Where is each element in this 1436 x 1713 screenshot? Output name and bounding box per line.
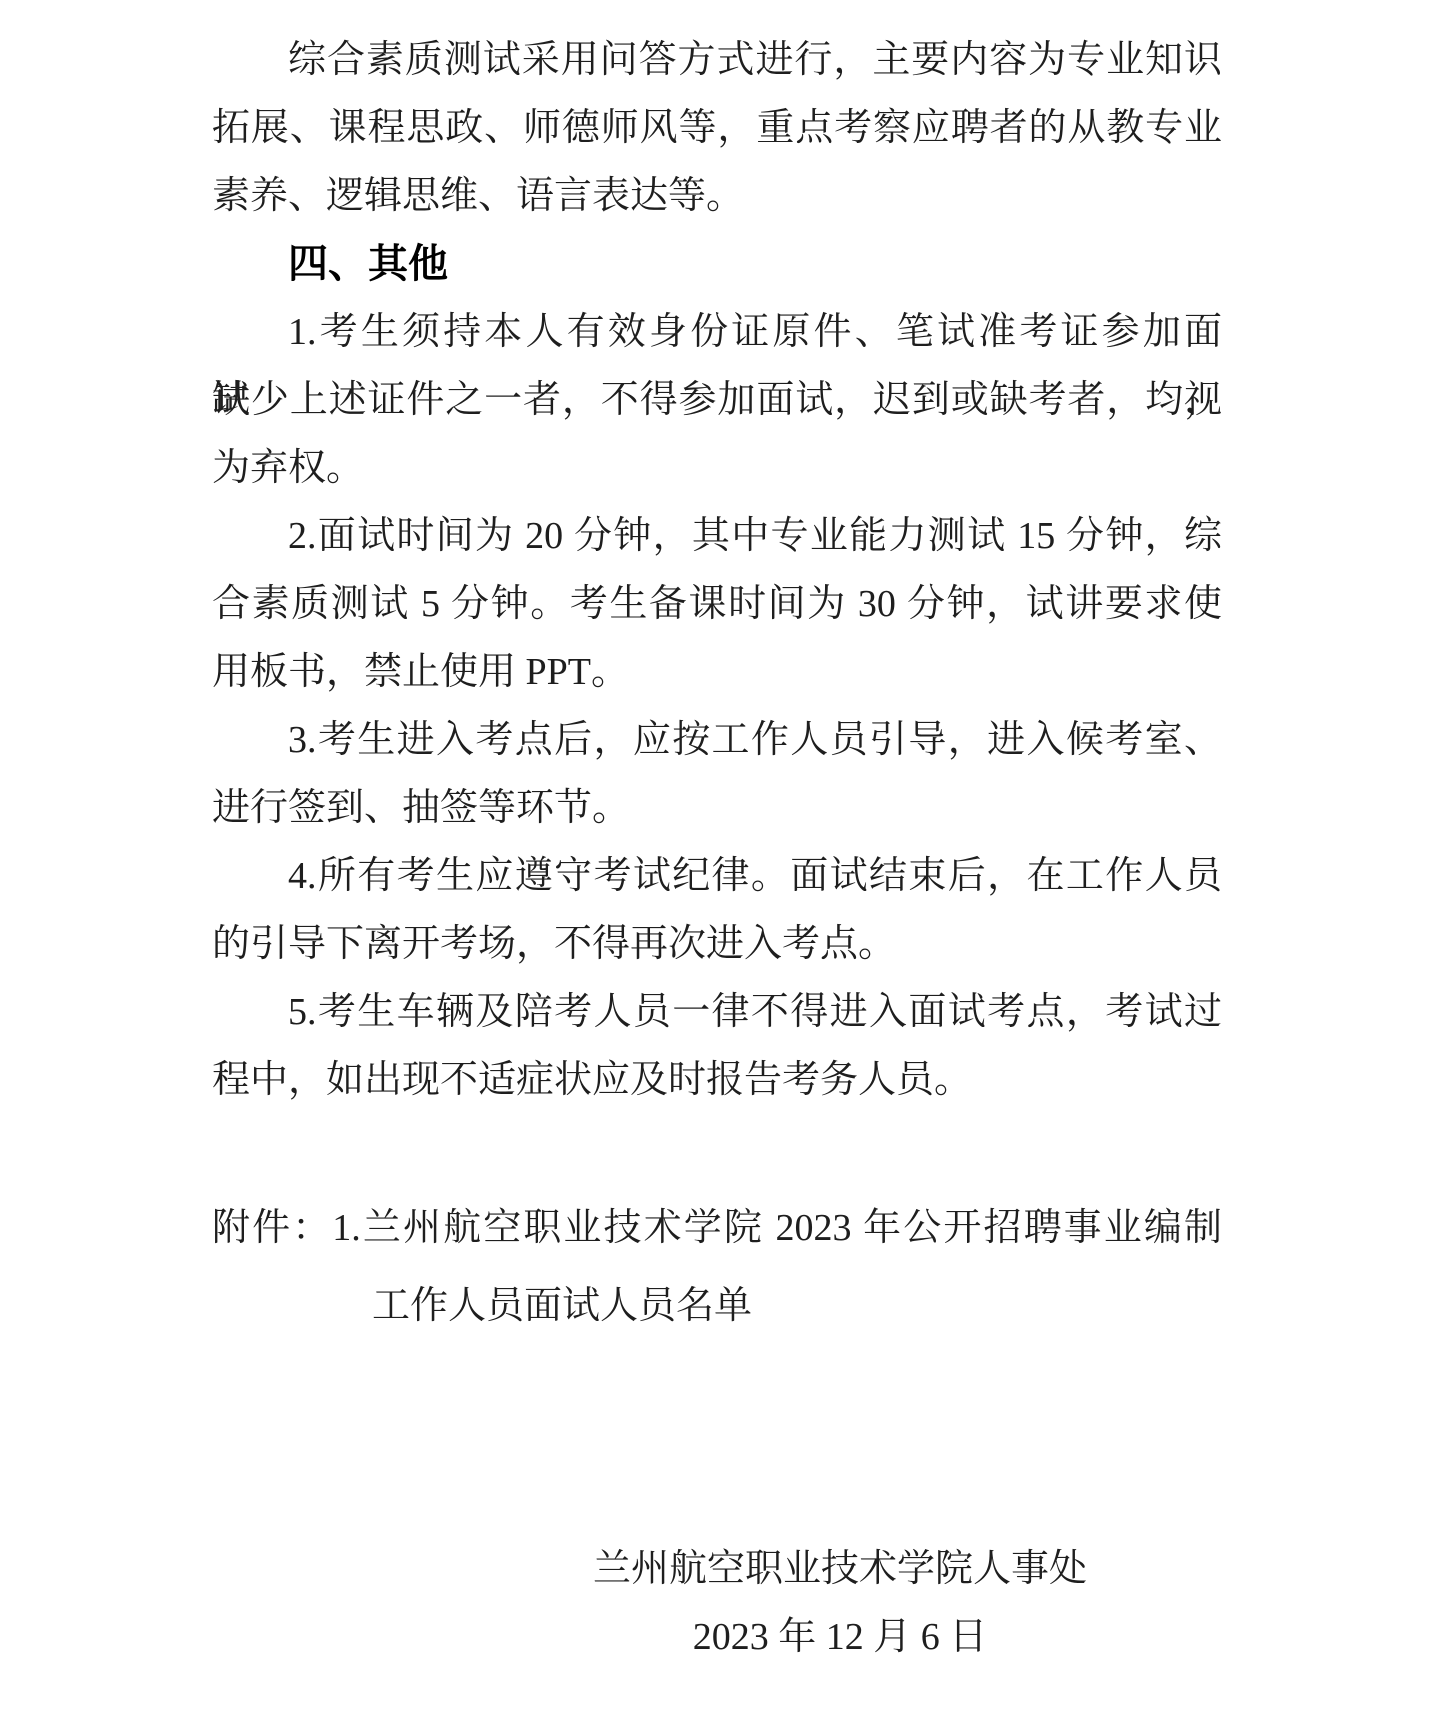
paragraph-line: 合素质测试 5 分钟。考生备课时间为 30 分钟，试讲要求使 [212, 570, 1222, 638]
signature-block: 兰州航空职业技术学院人事处 2023 年 12 月 6 日 [460, 1535, 1220, 1671]
paragraph-line: 的引导下离开考场，不得再次进入考点。 [212, 910, 1222, 978]
paragraph-line: 2.面试时间为 20 分钟，其中专业能力测试 15 分钟，综 [212, 502, 1222, 570]
paragraph-line: 3.考生进入考点后，应按工作人员引导，进入候考室、 [212, 706, 1222, 774]
section-heading: 四、其他 [212, 230, 1222, 298]
paragraph-line: 为弃权。 [212, 434, 1222, 502]
paragraph-line: 1.考生须持本人有效身份证原件、笔试准考证参加面试， [212, 298, 1222, 366]
attachment-line: 附件：1.兰州航空职业技术学院 2023 年公开招聘事业编制 [212, 1189, 1222, 1267]
paragraph-line: 进行签到、抽签等环节。 [212, 774, 1222, 842]
paragraph-line: 程中，如出现不适症状应及时报告考务人员。 [212, 1046, 1222, 1114]
issue-date: 2023 年 12 月 6 日 [460, 1603, 1220, 1671]
document-page: 综合素质测试采用问答方式进行，主要内容为专业知识 拓展、课程思政、师德师风等，重… [0, 0, 1436, 1713]
issuing-department: 兰州航空职业技术学院人事处 [460, 1535, 1220, 1603]
blank-line [212, 1114, 1222, 1189]
paragraph-line: 拓展、课程思政、师德师风等，重点考察应聘者的从教专业 [212, 94, 1222, 162]
paragraph-line: 缺少上述证件之一者，不得参加面试，迟到或缺考者，均视 [212, 366, 1222, 434]
paragraph-line: 5.考生车辆及陪考人员一律不得进入面试考点，考试过 [212, 978, 1222, 1046]
attachment-continuation-line: 工作人员面试人员名单 [212, 1267, 1222, 1345]
paragraph-line: 素养、逻辑思维、语言表达等。 [212, 162, 1222, 230]
paragraph-line: 用板书，禁止使用 PPT。 [212, 638, 1222, 706]
paragraph-line: 综合素质测试采用问答方式进行，主要内容为专业知识 [212, 26, 1222, 94]
document-body: 综合素质测试采用问答方式进行，主要内容为专业知识 拓展、课程思政、师德师风等，重… [212, 26, 1222, 1671]
paragraph-line: 4.所有考生应遵守考试纪律。面试结束后，在工作人员 [212, 842, 1222, 910]
